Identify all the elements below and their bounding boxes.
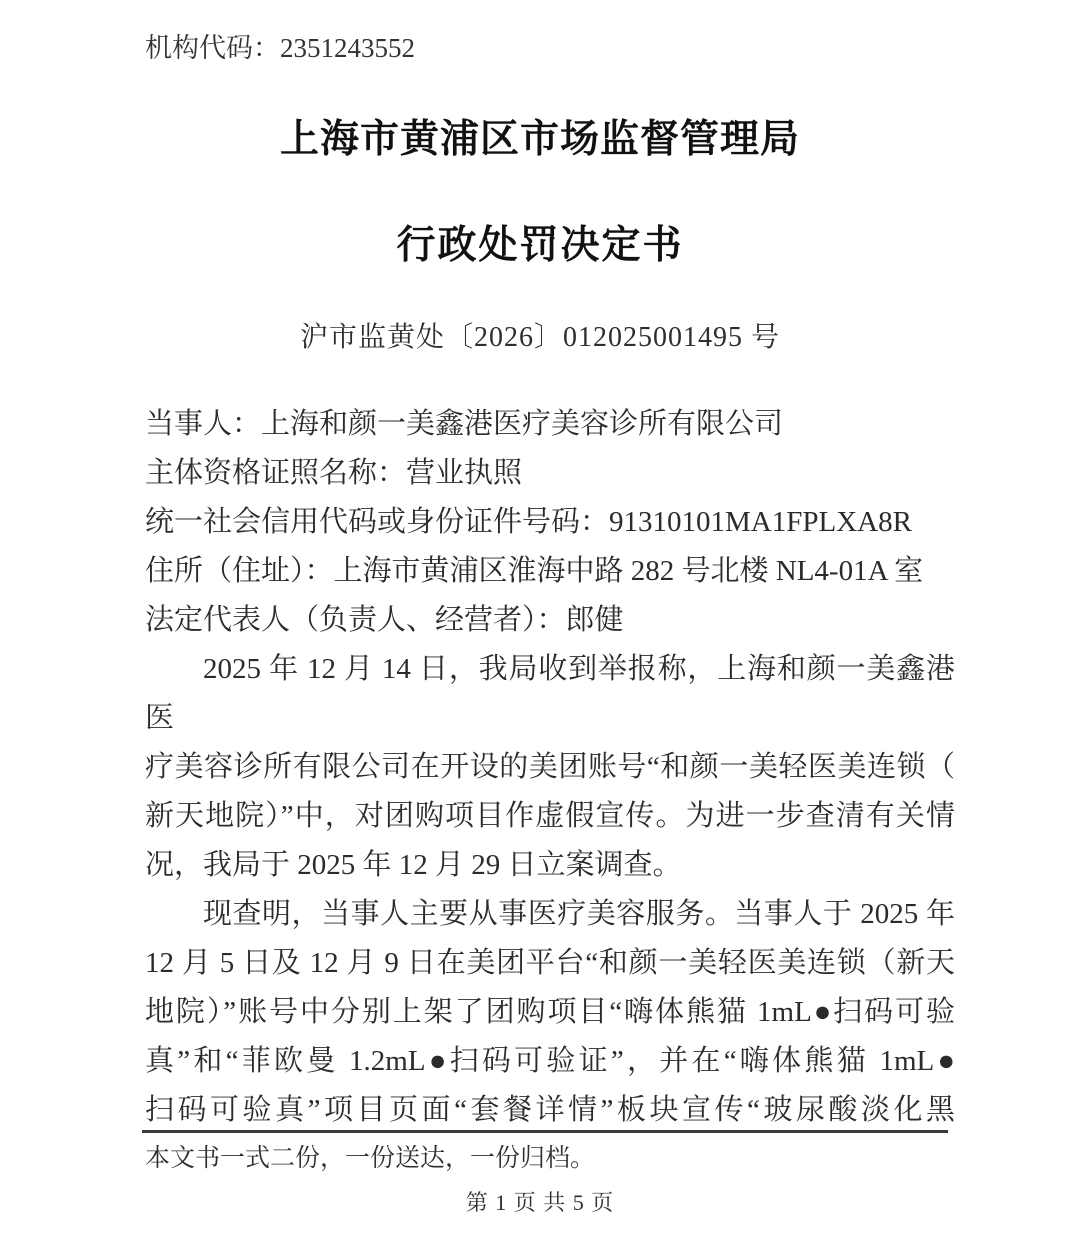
- paragraph-line: 12 月 5 日及 12 月 9 日在美团平台“和颜一美轻医美连锁（新天: [145, 939, 955, 988]
- paragraph-line: 疗美容诊所有限公司在开设的美团账号“和颜一美轻医美连锁（: [145, 743, 955, 792]
- footer-note: 本文书一式二份，一份送达，一份归档。: [145, 1143, 1080, 1176]
- paragraph-line: 真”和“菲欧曼 1.2mL●扫码可验证”，并在“嗨体熊猫 1mL●: [145, 1037, 955, 1086]
- footer-divider: [142, 1130, 948, 1133]
- document-body: 当事人：上海和颜一美鑫港医疗美容诊所有限公司 主体资格证照名称：营业执照 统一社…: [145, 400, 955, 1135]
- paragraph-line: 地院）”账号中分别上架了团购项目“嗨体熊猫 1mL●扫码可验: [145, 988, 955, 1037]
- document-title: 上海市黄浦区市场监督管理局: [0, 117, 1080, 163]
- document-number: 沪市监黄处〔2026〕012025001495 号: [0, 321, 1080, 355]
- document-subtitle: 行政处罚决定书: [0, 223, 1080, 269]
- credit-code-line: 统一社会信用代码或身份证件号码：91310101MA1FPLXA8R: [145, 498, 955, 547]
- address-line: 住所（住址）：上海市黄浦区淮海中路 282 号北楼 NL4-01A 室: [145, 547, 955, 596]
- org-code-line: 机构代码：2351243552: [145, 0, 1080, 66]
- document-page: 机构代码：2351243552 上海市黄浦区市场监督管理局 行政处罚决定书 沪市…: [0, 0, 1080, 1237]
- paragraph-complaint: 2025 年 12 月 14 日，我局收到举报称，上海和颜一美鑫港医 疗美容诊所…: [145, 645, 955, 890]
- paragraph-line: 2025 年 12 月 14 日，我局收到举报称，上海和颜一美鑫港医: [145, 645, 955, 743]
- paragraph-line: 新天地院）”中，对团购项目作虚假宣传。为进一步查清有关情: [145, 792, 955, 841]
- legal-representative-line: 法定代表人（负责人、经营者）：郎健: [145, 596, 955, 645]
- page-footer: 本文书一式二份，一份送达，一份归档。 第 1 页 共 5 页: [0, 1130, 1080, 1217]
- paragraph-line: 扫码可验真”项目页面“套餐详情”板块宣传“玻尿酸淡化黑: [145, 1086, 955, 1135]
- license-type-line: 主体资格证照名称：营业执照: [145, 449, 955, 498]
- party-name-line: 当事人：上海和颜一美鑫港医疗美容诊所有限公司: [145, 400, 955, 449]
- page-indicator: 第 1 页 共 5 页: [0, 1186, 1080, 1217]
- paragraph-line: 况，我局于 2025 年 12 月 29 日立案调查。: [145, 841, 955, 890]
- paragraph-line: 现查明，当事人主要从事医疗美容服务。当事人于 2025 年: [145, 890, 955, 939]
- paragraph-findings: 现查明，当事人主要从事医疗美容服务。当事人于 2025 年 12 月 5 日及 …: [145, 890, 955, 1135]
